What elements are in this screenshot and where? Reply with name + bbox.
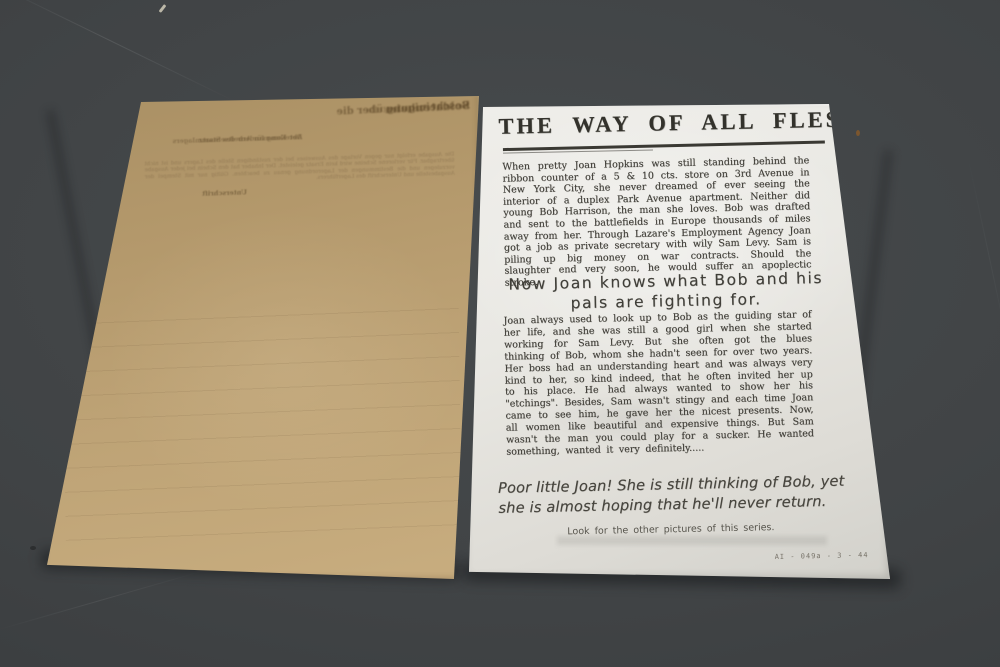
leaflet-printed-side: THE WAY OF ALL FLESH When pretty Joan Ho… (464, 100, 895, 584)
ghost-mirrored-paragraph: Die Ausgabe erfolgt nur gegen Vorlage de… (144, 152, 455, 187)
ghost-mirrored-heading: Bescheinigung über die Soldatenheim Nr. … (302, 99, 470, 107)
ghost-text-line: Abteilung für Arbeitseinsatz (199, 133, 303, 144)
surface-speck (30, 546, 36, 550)
kraft-showthrough: Bescheinigung über die Soldatenheim Nr. … (44, 90, 483, 582)
ghost-mirrored-signature: Unterschrift (147, 188, 247, 199)
leaflet-paragraph-1: When pretty Joan Hopkins was still stand… (502, 155, 812, 289)
leaflet-subheading: Now Joan knows what Bob and his pals are… (494, 269, 839, 315)
leaflet-footer: Look for the other pictures of this seri… (531, 521, 811, 538)
surface-scratch (0, 570, 206, 632)
propaganda-leaflet: THE WAY OF ALL FLESH When pretty Joan Ho… (469, 104, 890, 579)
kraft-paper-sheet-reverse: Bescheinigung über die Soldatenheim Nr. … (47, 93, 479, 579)
leaflet-paragraph-2: Joan always used to look up to Bob as th… (503, 309, 814, 458)
ghost-ruled-lines (62, 295, 461, 541)
surface-scratch (0, 0, 236, 102)
title-rule (503, 140, 825, 151)
leaflet-title: THE WAY OF ALL FLESH (498, 107, 832, 140)
leaflet-script-line: Poor little Joan! She is still thinking … (498, 472, 849, 519)
paper-fleck (159, 4, 167, 13)
leaflet-series-code: AI - 049a - 3 - 44 (775, 551, 869, 561)
surface-scratch (967, 153, 1000, 368)
surface-speck (856, 130, 860, 136)
ghost-mirrored-block: Der Kommandeur des Stammlagers Abteilung… (152, 133, 302, 138)
photo-backdrop: Bescheinigung über die Soldatenheim Nr. … (0, 0, 1000, 667)
ghost-text-line: Nr. 1047 Ausgabestelle (366, 99, 470, 117)
